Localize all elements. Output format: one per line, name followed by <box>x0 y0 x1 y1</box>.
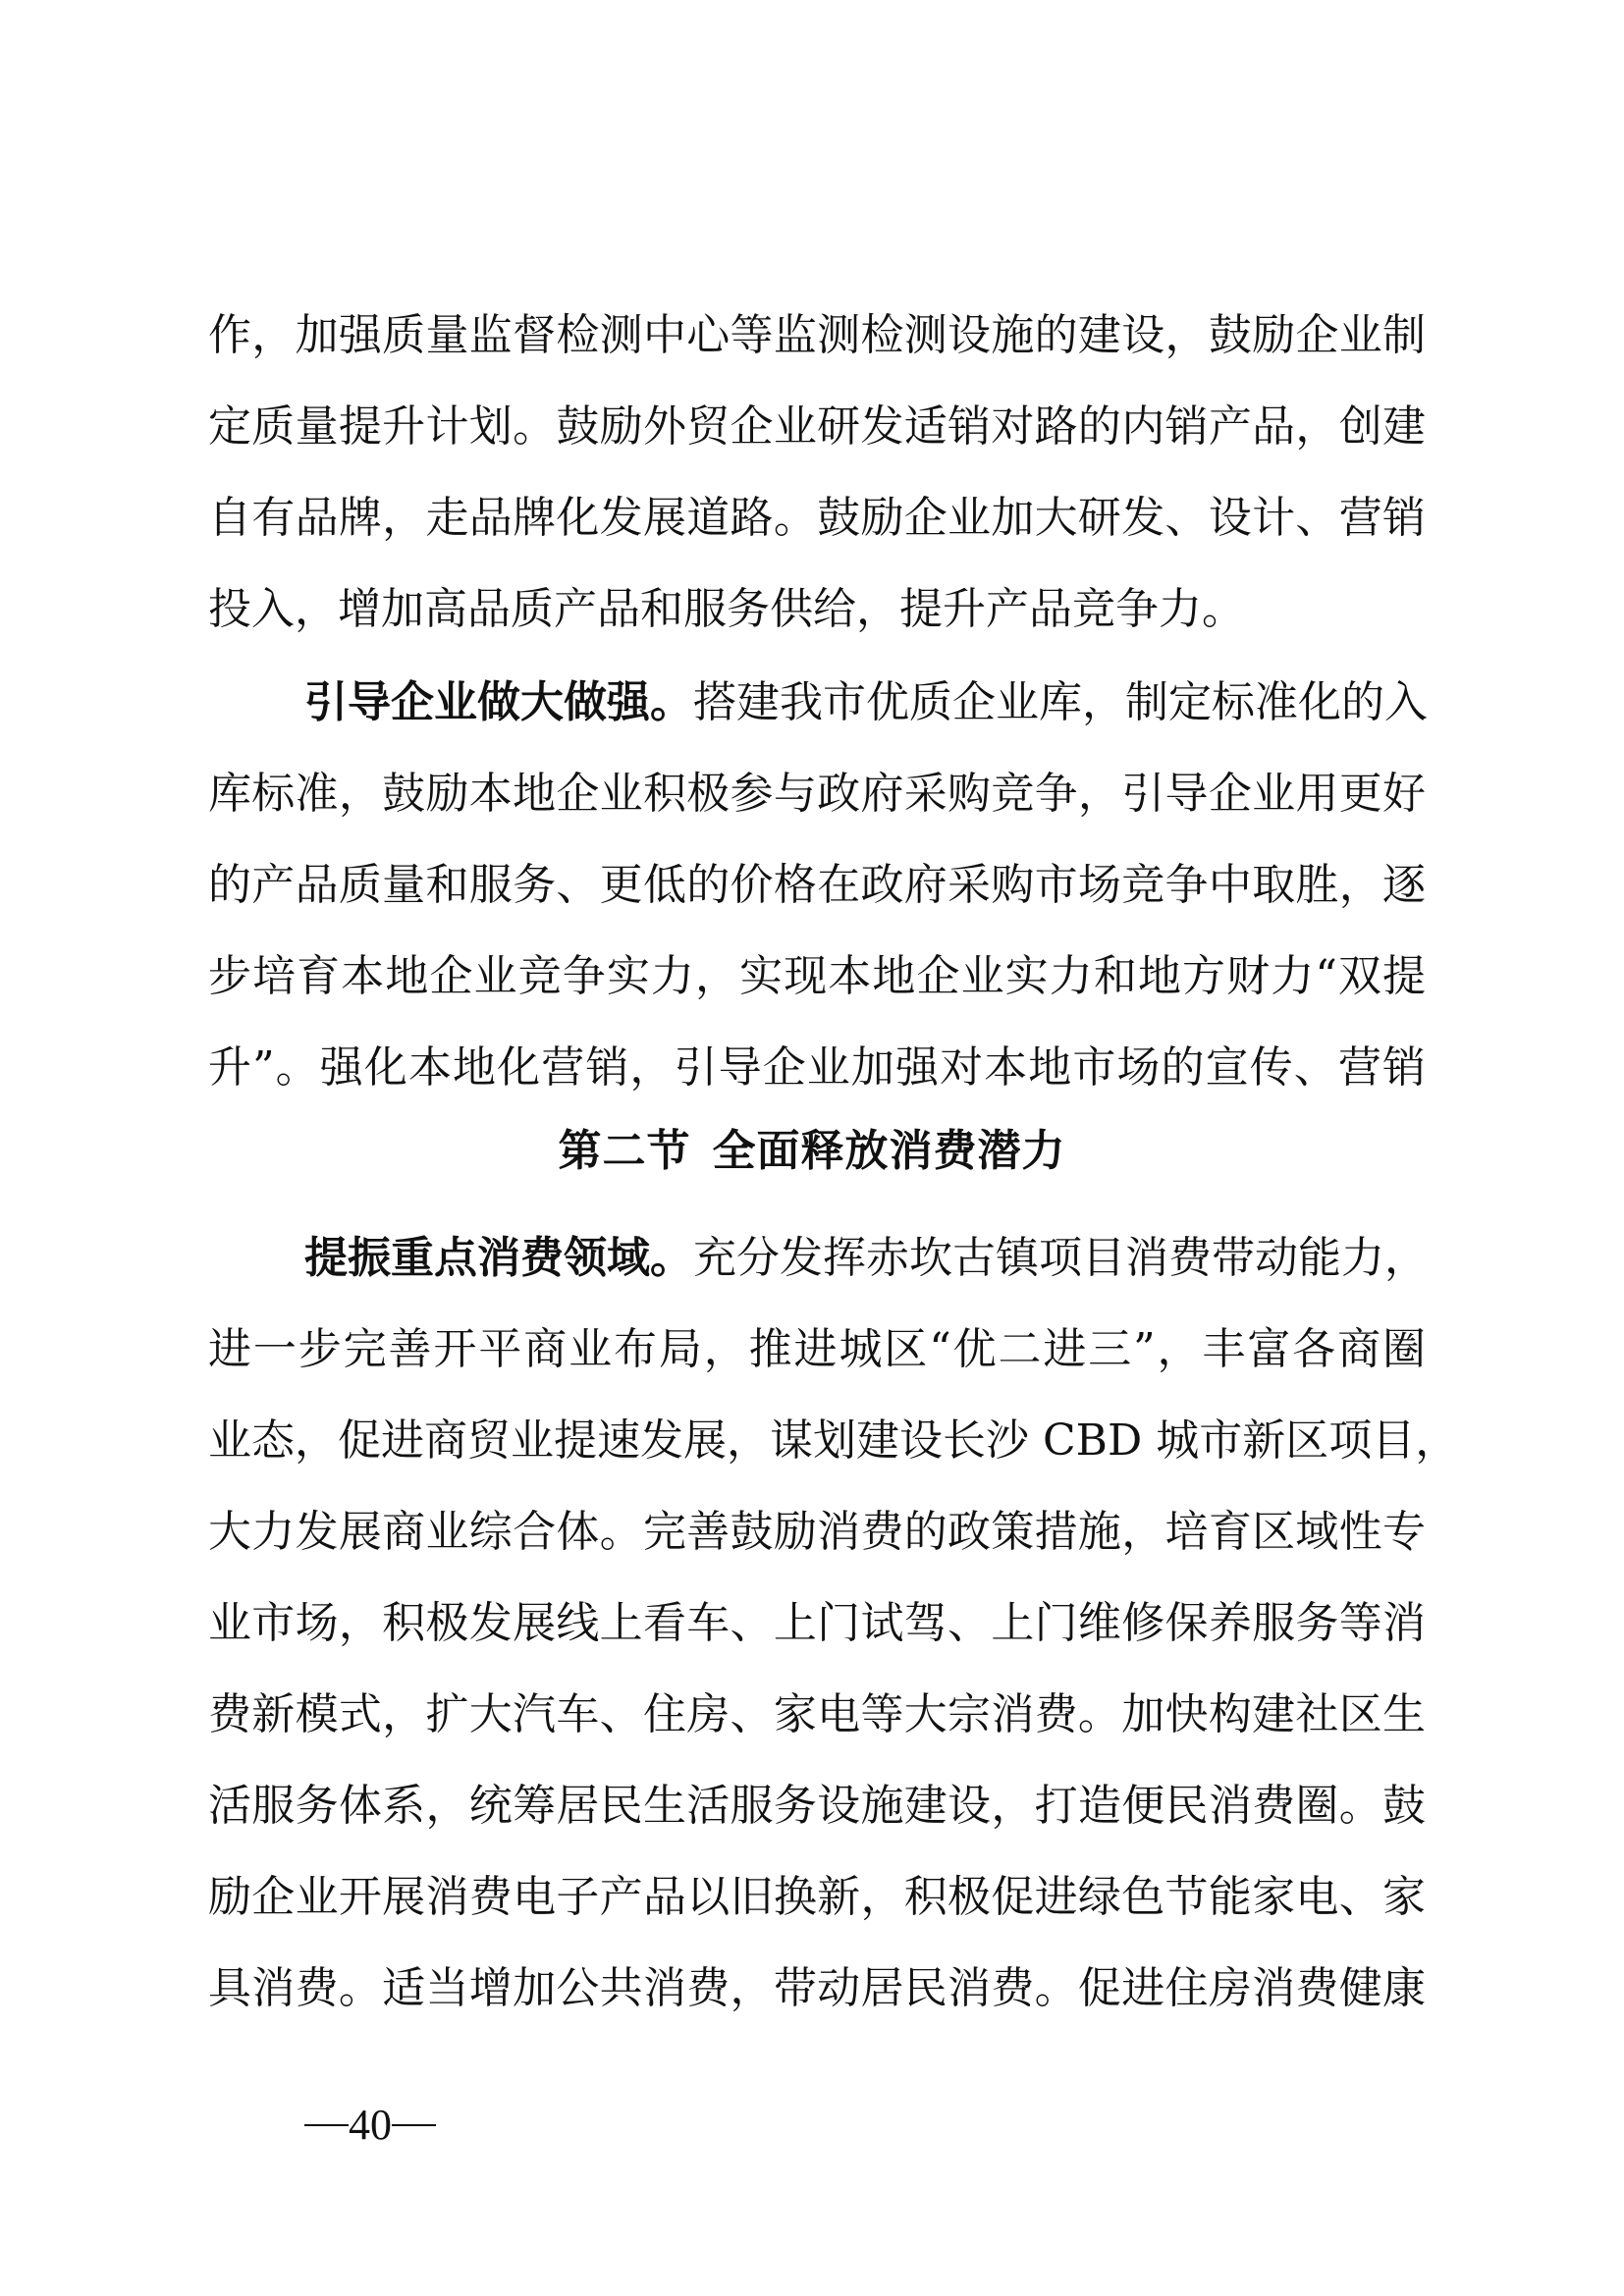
text-line: 励企业开展消费电子产品以旧换新，积极促进绿色节能家电、家 <box>208 1868 1426 1927</box>
dash-right <box>392 2124 436 2126</box>
text-span: 搭建我市优质企业库，制定标准化的入 <box>693 677 1428 727</box>
document-page: 作，加强质量监督检测中心等监测检测设施的建设，鼓励企业制 定质量提升计划。鼓励外… <box>0 0 1624 2296</box>
text-line: 库标准，鼓励本地企业积极参与政府采购竞争，引导企业用更好 <box>208 765 1426 824</box>
text-line: 投入，增加高品质产品和服务供给，提升产品竞争力。 <box>208 580 1426 639</box>
text-line-first: 提振重点消费领域。充分发挥赤坎古镇项目消费带动能力， <box>304 1229 1426 1288</box>
paragraph-lead: 引导企业做大做强。 <box>304 677 693 727</box>
text-line: 的产品质量和服务、更低的价格在政府采购市场竞争中取胜，逐 <box>208 856 1426 915</box>
section-number: 第二节 <box>559 1126 691 1176</box>
page-number: 40 <box>304 2101 436 2150</box>
paragraph-lead: 提振重点消费领域。 <box>304 1233 693 1283</box>
text-line: 具消费。适当增加公共消费，带动居民消费。促进住房消费健康 <box>208 1959 1426 2018</box>
text-span: 充分发挥赤坎古镇项目消费带动能力， <box>693 1233 1428 1283</box>
text-line: 升”。强化本地化营销，引导企业加强对本地市场的宣传、营销 <box>208 1039 1426 1097</box>
section-heading: 第二节全面释放消费潜力 <box>0 1122 1624 1181</box>
text-line: 作，加强质量监督检测中心等监测检测设施的建设，鼓励企业制 <box>208 306 1426 365</box>
text-line: 费新模式，扩大汽车、住房、家电等大宗消费。加快构建社区生 <box>208 1685 1426 1744</box>
section-title: 全面释放消费潜力 <box>713 1126 1066 1176</box>
dash-left <box>304 2124 349 2126</box>
text-line: 大力发展商业综合体。完善鼓励消费的政策措施，培育区域性专 <box>208 1503 1426 1562</box>
text-line-first: 引导企业做大做强。搭建我市优质企业库，制定标准化的入 <box>304 673 1426 732</box>
text-line: 活服务体系，统筹居民生活服务设施建设，打造便民消费圈。鼓 <box>208 1777 1426 1836</box>
text-line: 定质量提升计划。鼓励外贸企业研发适销对路的内销产品，创建 <box>208 398 1426 456</box>
text-line: 进一步完善开平商业布局，推进城区“优二进三”，丰富各商圈 <box>208 1320 1426 1379</box>
text-line: 步培育本地企业竞争实力，实现本地企业实力和地方财力“双提 <box>208 947 1426 1006</box>
page-number-value: 40 <box>349 2101 392 2150</box>
text-line: 自有品牌，走品牌化发展道路。鼓励企业加大研发、设计、营销 <box>208 489 1426 548</box>
text-line: 业市场，积极发展线上看车、上门试驾、上门维修保养服务等消 <box>208 1594 1426 1653</box>
text-line: 业态，促进商贸业提速发展，谋划建设长沙 CBD 城市新区项目， <box>208 1412 1426 1470</box>
